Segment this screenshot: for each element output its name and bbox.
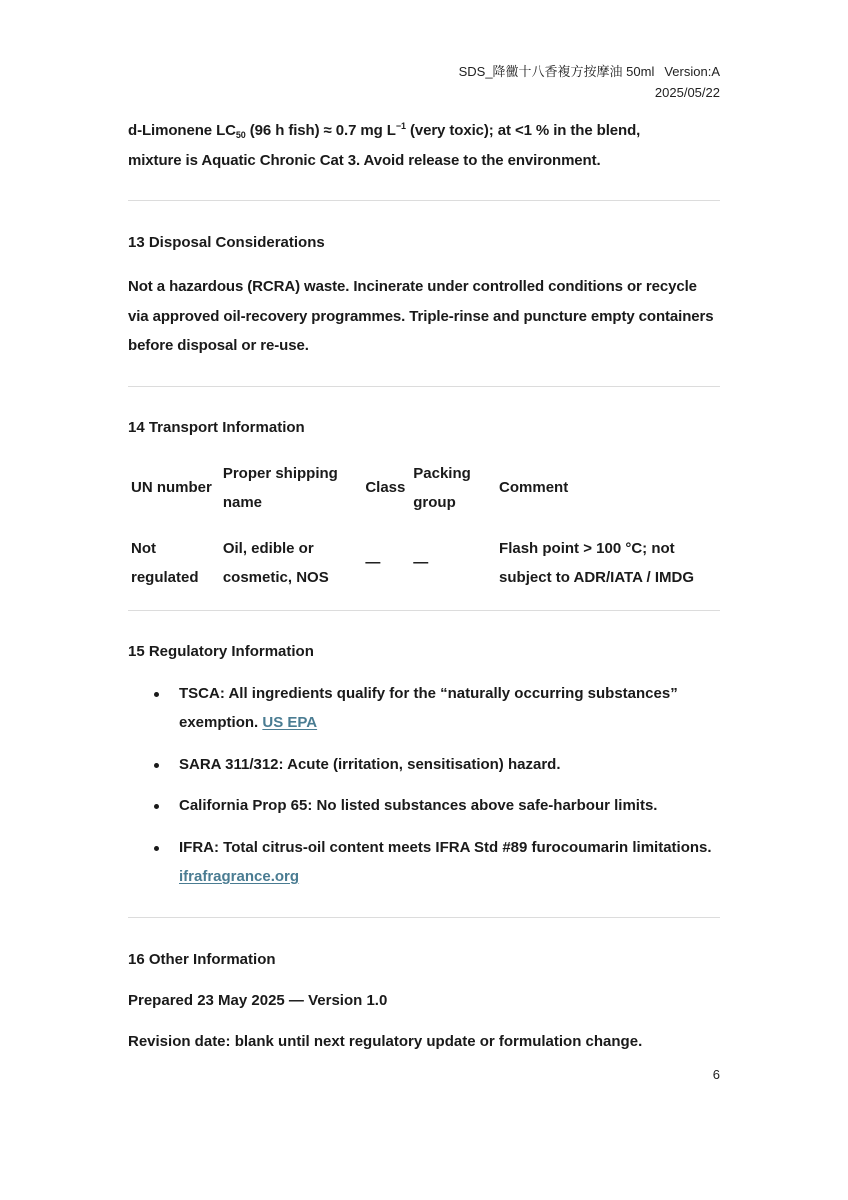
- prepared-line: Prepared 23 May 2025 — Version 1.0: [128, 991, 720, 1011]
- transport-table: UN number Proper shipping name Class Pac…: [128, 459, 720, 593]
- header-un-number: UN number: [128, 459, 223, 518]
- ecotox-paragraph: d-Limonene LC50 (96 h fish) ≈ 0.7 mg L−1…: [128, 116, 720, 175]
- table-row: Not regulated Oil, edible or cosmetic, N…: [128, 534, 720, 593]
- section-14-title: 14 Transport Information: [128, 418, 720, 438]
- revision-line: Revision date: blank until next regulato…: [128, 1032, 720, 1052]
- cell-shipping-name: Oil, edible or cosmetic, NOS: [223, 534, 365, 593]
- cell-class: —: [365, 534, 413, 593]
- header-shipping-name: Proper shipping name: [223, 459, 365, 518]
- bullet-icon: [154, 692, 159, 697]
- list-item: California Prop 65: No listed substances…: [128, 791, 720, 821]
- bullet-icon: [154, 763, 159, 768]
- section-divider: [128, 386, 720, 387]
- page-header: SDS_降黴十八香複方按摩油 50mlVersion:A 2025/05/22: [459, 61, 720, 103]
- doc-date: 2025/05/22: [459, 82, 720, 103]
- doc-version: Version:A: [664, 64, 720, 79]
- header-packing-group: Packing group: [413, 459, 499, 518]
- page-number: 6: [713, 1067, 720, 1082]
- section-13-title: 13 Disposal Considerations: [128, 233, 720, 253]
- section-divider: [128, 200, 720, 201]
- section-16-title: 16 Other Information: [128, 950, 720, 970]
- bullet-icon: [154, 846, 159, 851]
- section-13-body: Not a hazardous (RCRA) waste. Incinerate…: [128, 272, 720, 361]
- us-epa-link[interactable]: US EPA: [262, 714, 317, 731]
- list-item: IFRA: Total citrus-oil content meets IFR…: [128, 833, 720, 892]
- header-class: Class: [365, 459, 413, 518]
- cell-packing-group: —: [413, 534, 499, 593]
- section-divider: [128, 610, 720, 611]
- document-body: d-Limonene LC50 (96 h fish) ≈ 0.7 mg L−1…: [128, 116, 720, 1052]
- regulatory-list: TSCA: All ingredients qualify for the “n…: [128, 679, 720, 892]
- bullet-icon: [154, 804, 159, 809]
- table-header-row: UN number Proper shipping name Class Pac…: [128, 459, 720, 518]
- section-15-title: 15 Regulatory Information: [128, 642, 720, 662]
- list-item: TSCA: All ingredients qualify for the “n…: [128, 679, 720, 738]
- cell-comment: Flash point > 100 °C; not subject to ADR…: [499, 534, 720, 593]
- ifra-link[interactable]: ifrafragrance.org: [179, 868, 299, 885]
- doc-title: SDS_降黴十八香複方按摩油 50ml: [459, 64, 655, 79]
- header-comment: Comment: [499, 459, 720, 518]
- list-item: SARA 311/312: Acute (irritation, sensiti…: [128, 750, 720, 780]
- section-divider: [128, 917, 720, 918]
- cell-un-number: Not regulated: [128, 534, 223, 593]
